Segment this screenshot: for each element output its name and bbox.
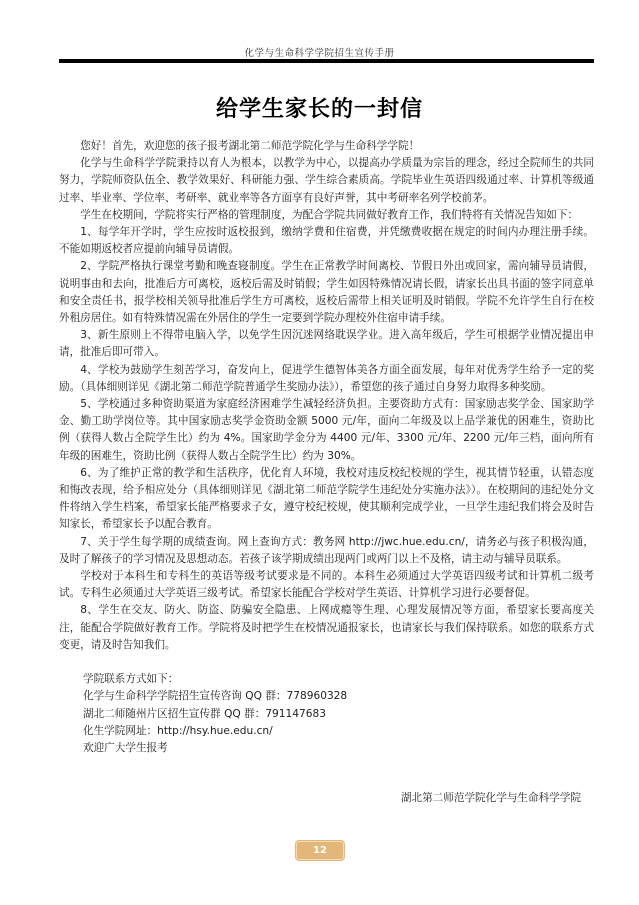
item-7-paragraph: 7、关于学生每学期的成绩查询。网上查询方式：教务网 http://jwc.hue… bbox=[59, 534, 594, 568]
notice-intro-paragraph: 学生在校期间，学院将实行严格的管理制度，为配合学院共同做好教育工作，我们特将有关… bbox=[59, 207, 594, 224]
contact-heading: 学院联系方式如下： bbox=[83, 671, 594, 688]
contact-website: 化生学院网址：http://hsy.hue.edu.cn/ bbox=[83, 723, 594, 740]
contact-qq-group-2: 湖北二师随州片区招生宣传群 QQ 群：791147683 bbox=[83, 706, 594, 723]
item-4-paragraph: 4、学校为鼓励学生刻苦学习，奋发向上，促进学生德智体美各方面全面发展，每年对优秀… bbox=[59, 362, 594, 396]
item-3-paragraph: 3、新生原则上不得带电脑入学，以免学生因沉迷网络耽误学业。进入高年级后，学生可根… bbox=[59, 327, 594, 361]
header-rule bbox=[59, 59, 594, 63]
signature: 湖北第二师范学院化学与生命科学学院 bbox=[401, 790, 581, 805]
contact-block: 学院联系方式如下： 化学与生命科学学院招生宣传咨询 QQ 群：778960328… bbox=[59, 671, 594, 757]
page-number-badge: 12 bbox=[296, 841, 344, 860]
intro-paragraph: 化学与生命科学学院秉持以育人为根本，以教学为中心，以提高办学质量为宗旨的理念，经… bbox=[59, 155, 594, 207]
item-5-paragraph: 5、学校通过多种资助渠道为家庭经济困难学生减轻经济负担。主要资助方式有：国家励志… bbox=[59, 396, 594, 465]
item-8-paragraph: 8、学生在交友、防火、防盗、防骗安全隐患、上网成瘾等生理、心理发展情况等方面，希… bbox=[59, 602, 594, 654]
item-6-paragraph: 6、为了维护正常的教学和生活秩序，优化育人环境，我校对违反校纪校规的学生，视其情… bbox=[59, 465, 594, 534]
running-header: 化学与生命科学学院招生宣传手册 bbox=[0, 45, 639, 59]
item-2-paragraph: 2、学院严格执行课堂考勤和晚查寝制度。学生在正常教学时间离校、节假日外出或回家，… bbox=[59, 258, 594, 327]
contact-qq-group-1: 化学与生命科学学院招生宣传咨询 QQ 群：778960328 bbox=[83, 688, 594, 705]
item-1-paragraph: 1、每学年开学时，学生应按时返校报到，缴纳学费和住宿费，并凭缴费收据在规定的时间… bbox=[59, 224, 594, 258]
contact-welcome: 欢迎广大学生报考 bbox=[83, 740, 594, 757]
page-title: 给学生家长的一封信 bbox=[0, 92, 639, 123]
letter-body: 您好！首先，欢迎您的孩子报考湖北第二师范学院化学与生命科学学院！ 化学与生命科学… bbox=[59, 138, 594, 757]
exam-requirement-paragraph: 学校对于本科生和专科生的英语等级考试要求是不同的。本科生必须通过大学英语四级考试… bbox=[59, 568, 594, 602]
greeting-paragraph: 您好！首先，欢迎您的孩子报考湖北第二师范学院化学与生命科学学院！ bbox=[59, 138, 594, 155]
